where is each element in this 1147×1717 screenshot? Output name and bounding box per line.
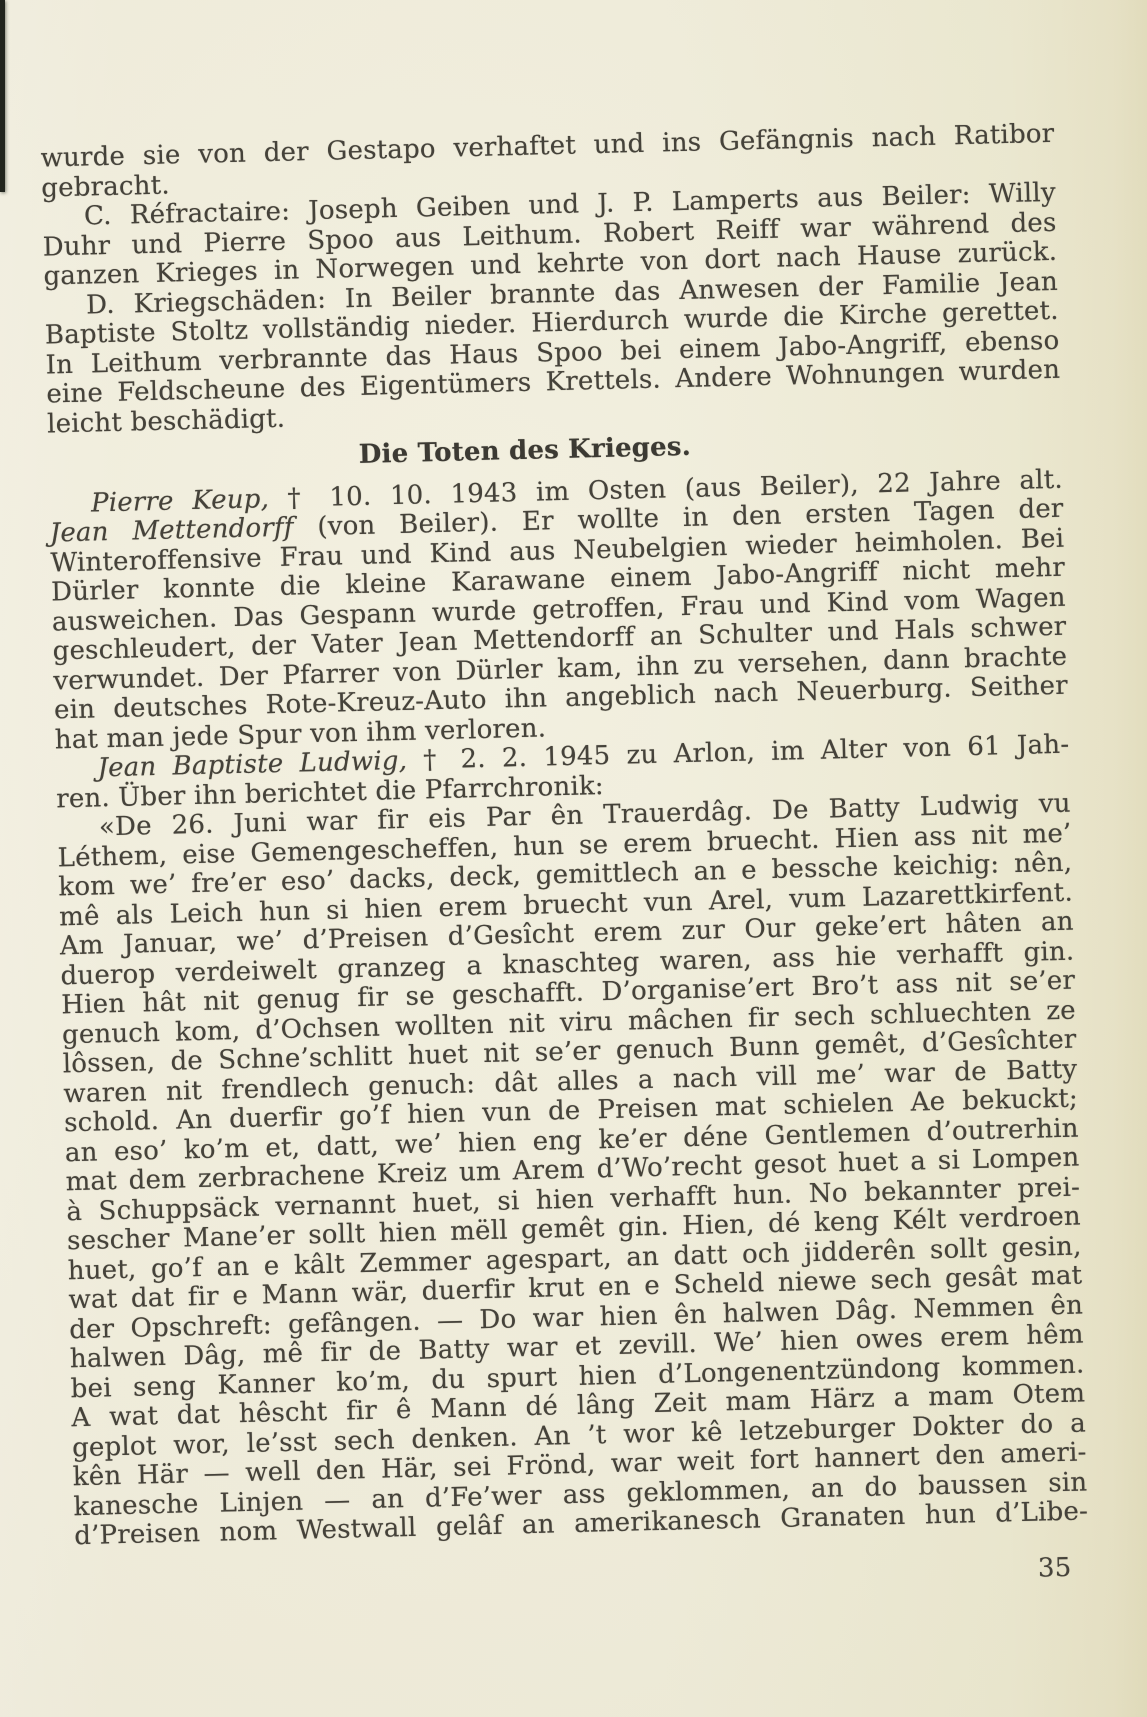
page-number: 35 <box>75 1553 1089 1607</box>
paragraph: D. Kriegschäden: In Beiler brannte das A… <box>44 267 1061 439</box>
paragraph: Jean Mettendorff (von Beiler). Er wollte… <box>49 495 1068 756</box>
page-text: wurde sie von der Gestapo verhaftet und … <box>40 120 1089 1607</box>
section-heading-text: Die Toten des Krieges. <box>359 433 692 471</box>
page-blocks: wurde sie von der Gestapo verhaftet und … <box>40 120 1088 1552</box>
paragraph: «De 26. Juni war fir eis Par ên Trauerdâ… <box>57 790 1089 1552</box>
book-page-scan: wurde sie von der Gestapo verhaftet und … <box>0 0 1147 1717</box>
scan-edge-artifact <box>0 0 5 192</box>
